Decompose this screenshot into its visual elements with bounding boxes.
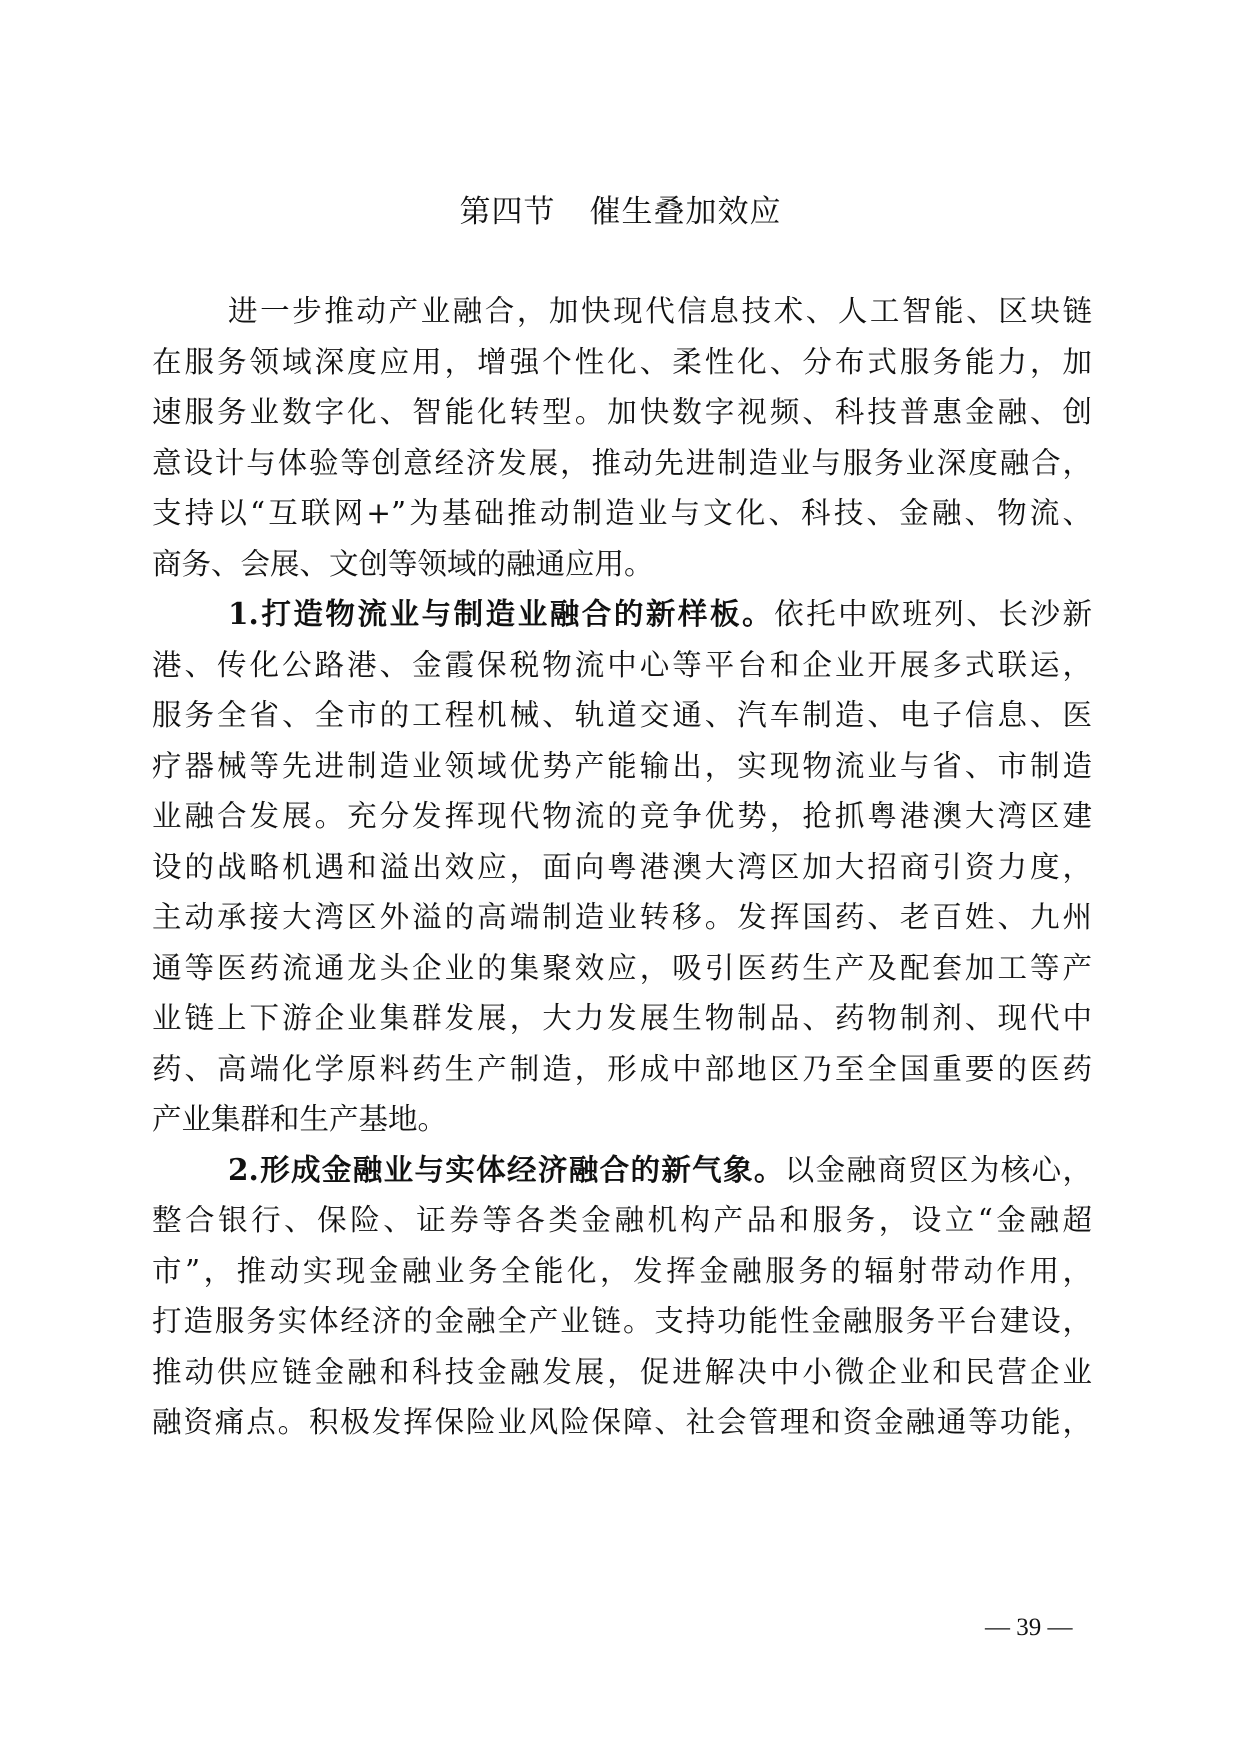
paragraph-2-line: 通等医药流通龙头企业的集聚效应，吸引医药生产及配套加工等产: [152, 950, 1092, 1001]
paragraph-1-line: 商务、会展、文创等领域的融通应用。: [152, 546, 1092, 597]
paragraph-2-line: 业融合发展。充分发挥现代物流的竞争优势，抢抓粤港澳大湾区建: [152, 798, 1092, 849]
paragraph-3-line: 打造服务实体经济的金融全产业链。支持功能性金融服务平台建设，: [152, 1303, 1092, 1354]
section-name: 催生叠加效应: [590, 194, 782, 230]
paragraph-3-line: 推动供应链金融和科技金融发展，促进解决中小微企业和民营企业: [152, 1354, 1092, 1405]
paragraph-1-line: 在服务领域深度应用，增强个性化、柔性化、分布式服务能力，加: [152, 344, 1092, 395]
paragraph-3-first-line-text: 以金融商贸区为核心，: [785, 1153, 1092, 1187]
paragraph-1-line: 支持以“互联网+”为基础推动制造业与文化、科技、金融、物流、: [152, 495, 1092, 546]
paragraph-2-line: 港、传化公路港、金霞保税物流中心等平台和企业开展多式联运，: [152, 647, 1092, 698]
body-text: 进一步推动产业融合，加快现代信息技术、人工智能、区块链 在服务领域深度应用，增强…: [152, 293, 1092, 1455]
document-page: 第四节催生叠加效应 进一步推动产业融合，加快现代信息技术、人工智能、区块链 在服…: [0, 0, 1241, 1754]
page-number: — 39 —: [985, 1614, 1073, 1642]
paragraph-3-line: 市”，推动实现金融业务全能化，发挥金融服务的辐射带动作用，: [152, 1253, 1092, 1304]
paragraph-2-heading: 1.打造物流业与制造业融合的新样板。: [228, 596, 774, 631]
section-title: 第四节催生叠加效应: [0, 186, 1241, 231]
paragraph-1-line: 意设计与体验等创意经济发展，推动先进制造业与服务业深度融合，: [152, 445, 1092, 496]
paragraph-2-line: 产业集群和生产基地。: [152, 1101, 1092, 1152]
paragraph-3-line: 整合银行、保险、证券等各类金融机构产品和服务，设立“金融超: [152, 1202, 1092, 1253]
paragraph-2-line: 服务全省、全市的工程机械、轨道交通、汽车制造、电子信息、医: [152, 697, 1092, 748]
section-number: 第四节: [460, 194, 556, 230]
paragraph-3-first-line: 2.形成金融业与实体经济融合的新气象。以金融商贸区为核心，: [152, 1152, 1092, 1203]
paragraph-1-line: 进一步推动产业融合，加快现代信息技术、人工智能、区块链: [152, 293, 1092, 344]
paragraph-3-heading: 2.形成金融业与实体经济融合的新气象。: [228, 1152, 785, 1187]
paragraph-3-line: 融资痛点。积极发挥保险业风险保障、社会管理和资金融通等功能，: [152, 1404, 1092, 1455]
paragraph-2-line: 疗器械等先进制造业领域优势产能输出，实现物流业与省、市制造: [152, 748, 1092, 799]
paragraph-2-line: 业链上下游企业集群发展，大力发展生物制品、药物制剂、现代中: [152, 1000, 1092, 1051]
paragraph-2-line: 药、高端化学原料药生产制造，形成中部地区乃至全国重要的医药: [152, 1051, 1092, 1102]
paragraph-1-line: 速服务业数字化、智能化转型。加快数字视频、科技普惠金融、创: [152, 394, 1092, 445]
paragraph-2-line: 主动承接大湾区外溢的高端制造业转移。发挥国药、老百姓、九州: [152, 899, 1092, 950]
paragraph-2-line: 设的战略机遇和溢出效应，面向粤港澳大湾区加大招商引资力度，: [152, 849, 1092, 900]
paragraph-2-first-line: 1.打造物流业与制造业融合的新样板。依托中欧班列、长沙新: [152, 596, 1092, 647]
paragraph-2-first-line-text: 依托中欧班列、长沙新: [774, 597, 1092, 631]
